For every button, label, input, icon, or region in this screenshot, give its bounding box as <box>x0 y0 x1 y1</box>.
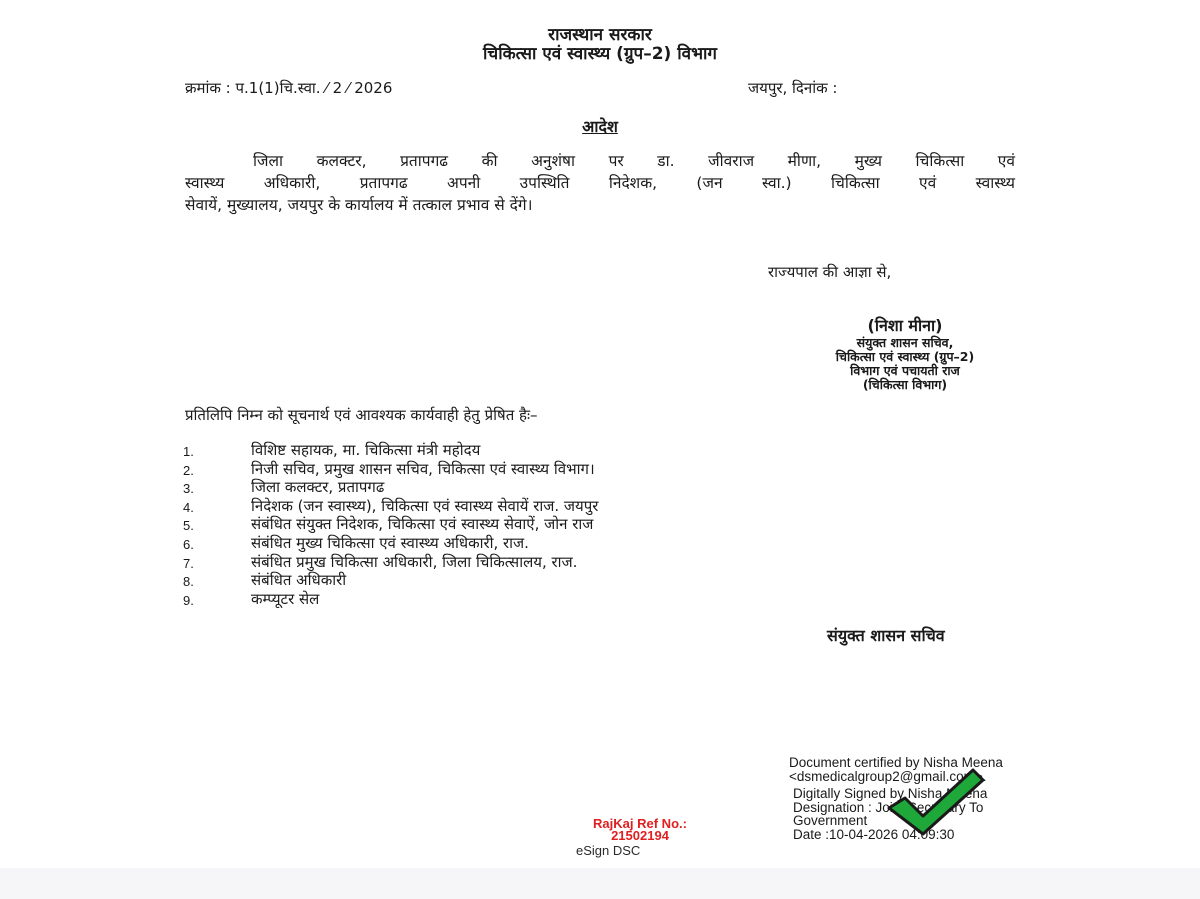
list-item-number: 1. <box>183 443 194 462</box>
document-page: राजस्थान सरकार चिकित्सा एवं स्वास्थ्य (ग… <box>0 0 1200 868</box>
list-item-text: निजी सचिव, प्रमुख शासन सचिव, चिकित्सा एव… <box>251 460 595 479</box>
closing-designation: संयुक्त शासन सचिव <box>827 624 945 646</box>
list-item-number: 3. <box>183 480 194 499</box>
order-body-line: जिला कलक्टर, प्रतापगढ की अनुशंषा पर डा. … <box>185 150 1015 172</box>
signatory-designation: संयुक्त शासन सचिव, <box>780 336 1030 350</box>
order-title: आदेश <box>0 115 1200 137</box>
signatory-block: (निशा मीना) संयुक्त शासन सचिव, चिकित्सा … <box>780 316 1030 392</box>
list-item-text: कम्प्यूटर सेल <box>251 590 319 609</box>
list-item-text: विशिष्ट सहायक, मा. चिकित्सा मंत्री महोदय <box>251 441 480 460</box>
list-item-text: संबंधित संयुक्त निदेशक, चिकित्सा एवं स्व… <box>251 515 593 534</box>
list-item-number: 2. <box>183 462 194 481</box>
list-item-text: निदेशक (जन स्वास्थ्य), चिकित्सा एवं स्वा… <box>251 497 598 516</box>
list-item-text: संबंधित प्रमुख चिकित्सा अधिकारी, जिला चि… <box>251 553 577 572</box>
list-item-number: 7. <box>183 555 194 574</box>
list-item-number: 6. <box>183 536 194 555</box>
rajkaj-reference: RajKaj Ref No.: 21502194 <box>560 818 720 842</box>
viewer-bottom-bar <box>0 868 1200 899</box>
place-date: जयपुर, दिनांक : <box>748 78 837 98</box>
order-body-line: सेवायें, मुख्यालय, जयपुर के कार्यालय में… <box>185 194 1015 216</box>
esign-label: eSign DSC <box>576 843 640 858</box>
list-item-text: संबंधित अधिकारी <box>251 571 346 590</box>
signatory-department: (चिकित्सा विभाग) <box>780 378 1030 392</box>
list-item-number: 4. <box>183 499 194 518</box>
list-item-number: 8. <box>183 573 194 592</box>
list-item-text: संबंधित मुख्य चिकित्सा एवं स्वास्थ्य अधि… <box>251 534 529 553</box>
copy-to-intro: प्रतिलिपि निम्न को सूचनार्थ एवं आवश्यक क… <box>185 405 538 425</box>
signatory-department: चिकित्सा एवं स्वास्थ्य (ग्रुप–2) <box>780 350 1030 364</box>
signature-valid-check-icon <box>885 768 985 838</box>
rajkaj-number: 21502194 <box>560 830 720 842</box>
list-item-number: 9. <box>183 592 194 611</box>
list-item-text: जिला कलक्टर, प्रतापगढ <box>251 478 384 497</box>
signatory-department: विभाग एवं पचायती राज <box>780 364 1030 378</box>
authority-line: राज्यपाल की आज्ञा से, <box>768 262 891 282</box>
list-item-number: 5. <box>183 517 194 536</box>
order-body-line: स्वास्थ्य अधिकारी, प्रतापगढ अपनी उपस्थित… <box>185 172 1015 194</box>
department-title: चिकित्सा एवं स्वास्थ्य (ग्रुप–2) विभाग <box>0 41 1200 64</box>
signatory-name: (निशा मीना) <box>780 316 1030 336</box>
reference-number: क्रमांक : प.1(1)चि.स्वा. ⁄ 2 ⁄ 2026 <box>185 78 392 98</box>
order-body: जिला कलक्टर, प्रतापगढ की अनुशंषा पर डा. … <box>185 150 1015 216</box>
